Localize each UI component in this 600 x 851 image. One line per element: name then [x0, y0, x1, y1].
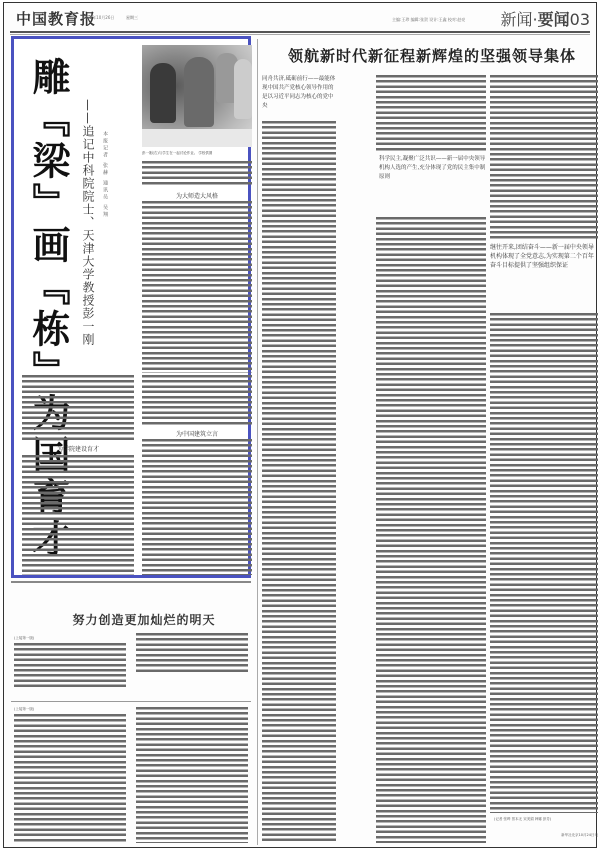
main-text-column: 本报记者报道在新时代教育事业发展的重要时刻广大教师和学生坚定信心立德树人为党育人…	[262, 121, 336, 841]
main-dateline: 新华社北京10月24日电	[534, 833, 598, 838]
feature-text-block: 本报记者报道在新时代教育事业发展的重要时刻广大教师和学生坚定信心立德树人为党育人…	[142, 201, 252, 373]
feature-bottom-rule	[11, 581, 251, 583]
edition-tag: 星期三	[126, 15, 138, 21]
feature-text-block: 本报记者报道在新时代教育事业发展的重要时刻广大教师和学生坚定信心立德树人为党育人…	[142, 375, 252, 427]
feature-section-head: 为中国建筑立言	[142, 429, 252, 438]
masthead: 中国教育报 2022年10月26日 星期三 主编:王珍 编辑:张贺 设计:王鑫 …	[4, 3, 596, 33]
main-text-column: 本报记者报道在新时代教育事业发展的重要时刻广大教师和学生坚定信心立德树人为党育人…	[490, 313, 598, 813]
main-mid-subhead: 科学民主,凝聚广泛共识——新一届中央领导机构人选的产生,充分体现了党的民主集中制…	[379, 155, 489, 182]
main-text-column: 本报记者报道在新时代教育事业发展的重要时刻广大教师和学生坚定信心立德树人为党育人…	[376, 75, 486, 151]
bottom-text-column: 本报记者报道在新时代教育事业发展的重要时刻广大教师和学生坚定信心立德树人为党育人…	[136, 633, 248, 673]
section-title: 新闻·要闻03	[501, 7, 590, 30]
feature-article-box[interactable]: 雕『梁』画『栋』为国育才 ——追记中科院院士、天津大学教授彭一刚 本报记者 张赫…	[11, 36, 251, 578]
editor-info: 主编:王珍 编辑:张贺 设计:王鑫 校对:赵亮	[392, 17, 465, 23]
bottom-dateline: (上接第一版)	[14, 636, 34, 641]
bottom-dateline: (上接第一版)	[14, 707, 34, 712]
feature-subheadline: ——追记中科院院士、天津大学教授彭一刚	[80, 99, 97, 346]
main-text-column: 本报记者报道在新时代教育事业发展的重要时刻广大教师和学生坚定信心立德树人为党育人…	[490, 75, 598, 239]
feature-text-block: 本报记者报道在新时代教育事业发展的重要时刻广大教师和学生坚定信心立德树人为党育人…	[22, 455, 134, 575]
feature-section-head: 为学院建设育才	[22, 444, 134, 453]
feature-byline: 本报记者 张赫 通讯员 吴翔	[102, 131, 109, 219]
bottom-text-column: 本报记者报道在新时代教育事业发展的重要时刻广大教师和学生坚定信心立德树人为党育人…	[14, 714, 126, 842]
photo-caption: 彭一刚(右)与学生在一起讨论作业。 学校供图	[142, 151, 252, 156]
section-label-bold: 要闻	[538, 10, 570, 29]
column-rule	[257, 39, 258, 845]
section-label: 新闻	[501, 10, 533, 29]
bottom-headline[interactable]: 努力创造更加灿烂的明天	[44, 611, 244, 628]
feature-text-block: 本报记者报道在新时代教育事业发展的重要时刻广大教师和学生坚定信心立德树人为党育人…	[22, 375, 134, 441]
main-lead: 同舟共济,砥砺前行——最能体现中国共产党核心领导作用的是以习近平同志为核心的党中…	[262, 75, 336, 111]
masthead-rule-thin	[10, 34, 590, 35]
main-sidebox-subhead: 继往开来,团结奋斗——新一届中央领导机构体现了全党意志,为实现第二个百年奋斗目标…	[490, 243, 598, 270]
main-credit: (记者 张晔 蔡本无 宋美娟 韩娜 彭芳)	[494, 817, 594, 822]
page-number: 03	[570, 10, 590, 29]
feature-section-head: 为大师造大风格	[142, 191, 252, 200]
bottom-divider	[11, 701, 251, 702]
bottom-text-column: 本报记者报道在新时代教育事业发展的重要时刻广大教师和学生坚定信心立德树人为党育人…	[14, 643, 126, 689]
newspaper-page: 中国教育报 2022年10月26日 星期三 主编:王珍 编辑:张贺 设计:王鑫 …	[3, 2, 597, 848]
paper-date: 2022年10月26日	[82, 15, 114, 21]
feature-text-block: 本报记者报道在新时代教育事业发展的重要时刻广大教师和学生坚定信心立德树人为党育人…	[142, 161, 252, 187]
feature-photo	[142, 45, 252, 147]
bottom-text-column: 本报记者报道在新时代教育事业发展的重要时刻广大教师和学生坚定信心立德树人为党育人…	[136, 707, 248, 843]
masthead-rule	[10, 31, 590, 33]
main-headline[interactable]: 领航新时代新征程新辉煌的坚强领导集体	[262, 45, 600, 66]
main-text-column: 本报记者报道在新时代教育事业发展的重要时刻广大教师和学生坚定信心立德树人为党育人…	[376, 217, 486, 843]
feature-text-block: 本报记者报道在新时代教育事业发展的重要时刻广大教师和学生坚定信心立德树人为党育人…	[142, 439, 252, 575]
